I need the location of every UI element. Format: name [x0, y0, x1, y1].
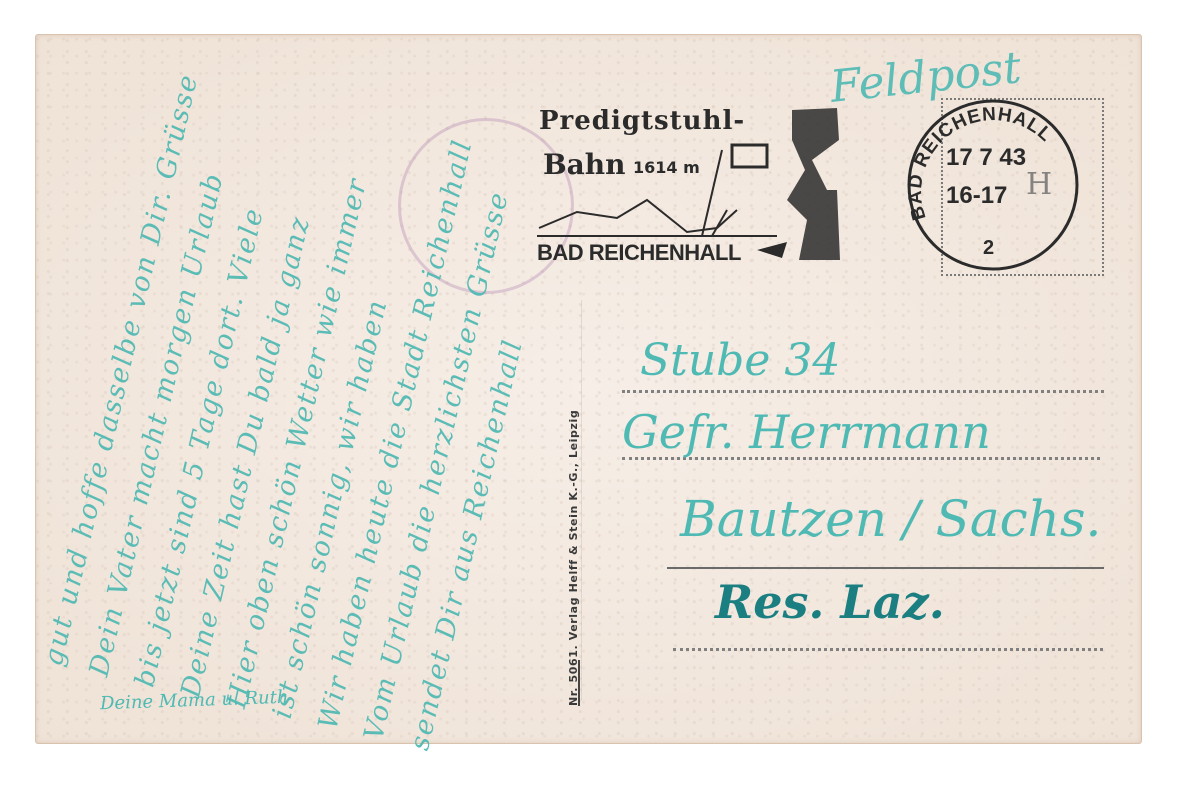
slogan-line-1: Predigtstuhl- [539, 106, 745, 136]
slogan-line-2: Bahn [543, 148, 626, 181]
postmark-office-number: 2 [983, 237, 994, 260]
address-recipient: Gefr. Herrmann [622, 405, 991, 459]
address-city: Bautzen / Sachs. [680, 490, 1101, 548]
address-room: Stube 34 [640, 335, 840, 386]
address-line [622, 390, 1104, 393]
address-line [673, 648, 1103, 651]
postmark-date: 17 7 43 [946, 144, 1026, 172]
publisher-imprint: Nr. 5061. Verlag Helff & Stein K.-G., Le… [567, 410, 580, 706]
slogan-town: BAD REICHENHALL [537, 240, 741, 266]
center-divider [581, 300, 582, 700]
slogan-altitude: 1614 m [633, 158, 700, 177]
address-hospital: Res. Laz. [715, 575, 945, 629]
slogan-cancel: Predigtstuhl- Bahn 1614 m BAD REICHENHAL… [537, 100, 847, 270]
postmark-time: 16-17 [946, 182, 1007, 210]
address-line-destination [667, 567, 1104, 569]
postmark-code-letter: H [1026, 167, 1052, 202]
